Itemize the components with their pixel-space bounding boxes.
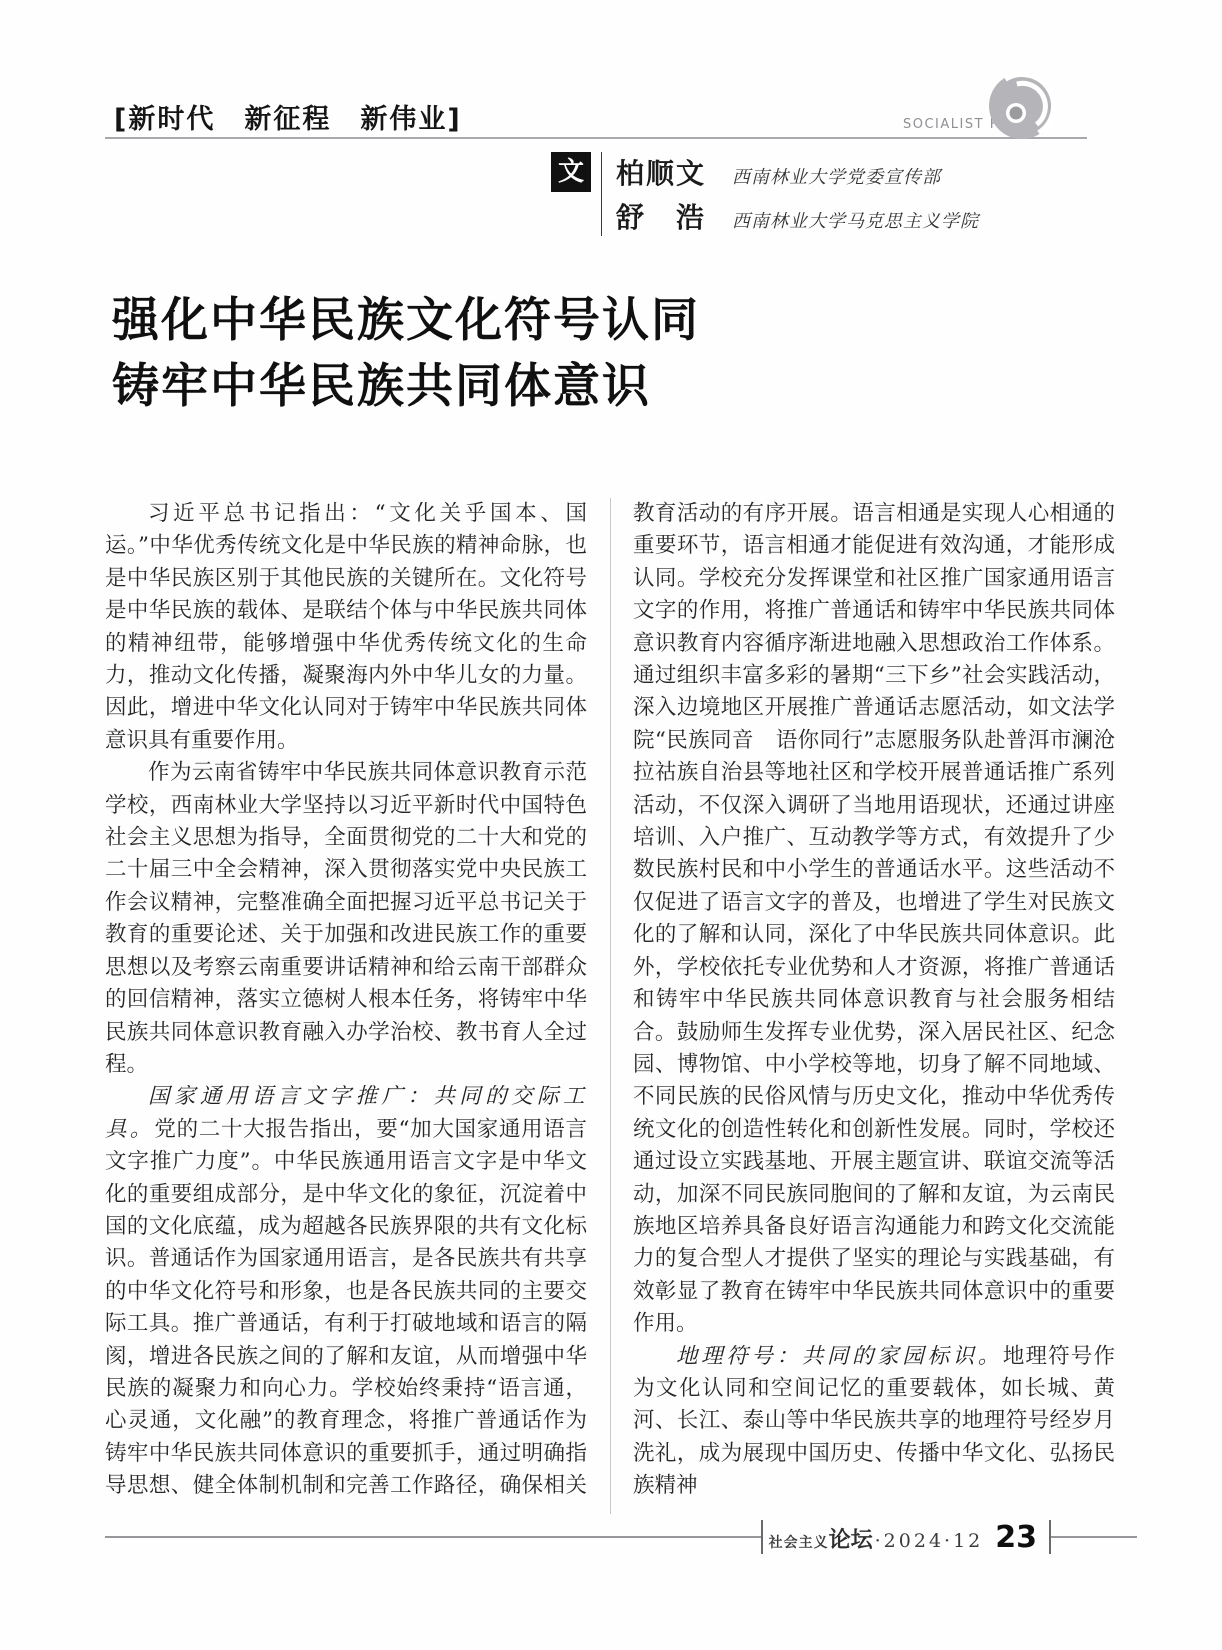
magazine-page: [新时代 新征程 新伟业] SOCIALIST FORUM 文 柏顺文 西南林业… xyxy=(0,0,1222,1650)
author-name: 柏顺文 xyxy=(616,152,706,192)
section-tag: [新时代 新征程 新伟业] xyxy=(114,97,462,136)
paragraph-1: 习近平总书记指出：“文化关乎国本、国运。”中华优秀传统文化是中华民族的精神命脉，… xyxy=(105,498,587,757)
author-list: 柏顺文 西南林业大学党委宣传部 舒 浩 西南林业大学马克思主义学院 xyxy=(616,152,979,236)
paragraph-text: 习近平总书记指出：“文化关乎国本、国运。”中华优秀传统文化是中华民族的精神命脉，… xyxy=(105,501,587,753)
byline: 文 柏顺文 西南林业大学党委宣传部 舒 浩 西南林业大学马克思主义学院 xyxy=(551,152,979,236)
page-number: 23 xyxy=(995,1520,1037,1555)
article-title: 强化中华民族文化符号认同 铸牢中华民族共同体意识 xyxy=(112,288,700,420)
issue-label: ·2024·12 xyxy=(875,1530,984,1552)
author-name: 舒 浩 xyxy=(616,196,706,236)
paragraph-4: 地理符号：共同的家园标识。地理符号作为文化认同和空间记忆的重要载体，如长城、黄河… xyxy=(633,1341,1115,1503)
article-title-line1: 强化中华民族文化符号认同 xyxy=(112,288,700,354)
article-body: 习近平总书记指出：“文化关乎国本、国运。”中华优秀传统文化是中华民族的精神命脉，… xyxy=(105,498,1115,1514)
author-affiliation: 西南林业大学马克思主义学院 xyxy=(732,207,979,233)
section-lead: 地理符号：共同的家园标识。 xyxy=(676,1344,1003,1369)
author-affiliation: 西南林业大学党委宣传部 xyxy=(732,163,979,189)
article-title-line2: 铸牢中华民族共同体意识 xyxy=(112,354,700,420)
byline-wen-badge: 文 xyxy=(551,152,591,192)
journal-logo-icon xyxy=(982,70,1062,144)
journal-name-small: 社会主义 xyxy=(769,1532,829,1552)
paragraph-2: 作为云南省铸牢中华民族共同体意识教育示范学校，西南林业大学坚持以习近平新时代中国… xyxy=(105,757,587,1081)
journal-name-bold: 论坛 xyxy=(829,1523,873,1554)
page-footer: 社会主义 论坛 ·2024·12 23 xyxy=(105,1516,1137,1558)
byline-divider xyxy=(601,152,602,236)
footer-rule-left xyxy=(105,1536,761,1538)
header-divider xyxy=(105,137,1087,139)
footer-text: 社会主义 论坛 ·2024·12 23 xyxy=(763,1520,1049,1555)
paragraph-text: 作为云南省铸牢中华民族共同体意识教育示范学校，西南林业大学坚持以习近平新时代中国… xyxy=(105,760,587,1077)
footer-rule-right xyxy=(1051,1536,1137,1538)
